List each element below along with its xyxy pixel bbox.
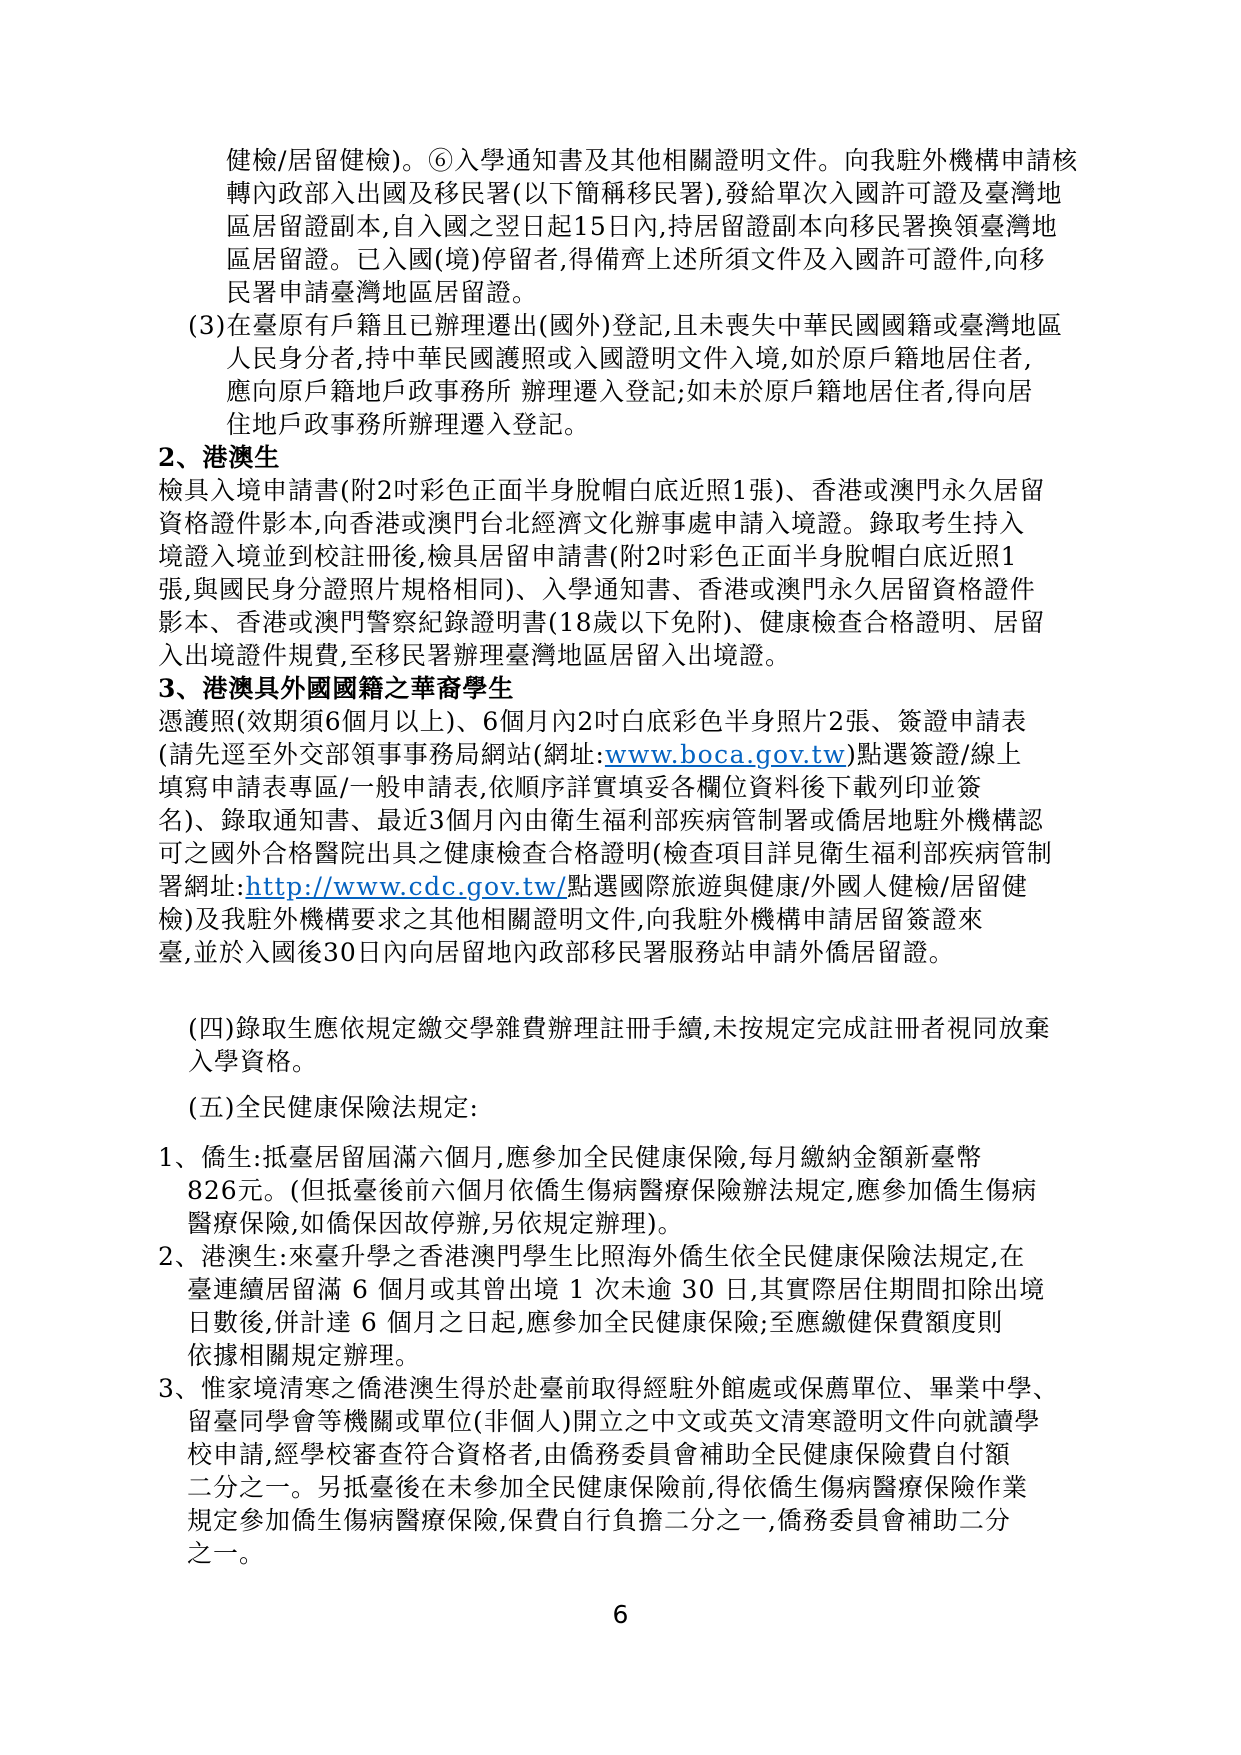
text-line: 資格證件影本,向香港或澳門台北經濟文化辦事處申請入境證。錄取考生持入 — [158, 507, 1121, 540]
text-line: 之一。 — [158, 1537, 1121, 1570]
document-page: 健檢/居留健檢)。⑥入學通知書及其他相關證明文件。向我駐外機構申請核 轉內政部入… — [0, 0, 1241, 1755]
text-line: 二分之一。另抵臺後在未參加全民健康保險前,得依僑生傷病醫療保險作業 — [158, 1471, 1121, 1504]
text-line: 入學資格。 — [158, 1045, 1121, 1078]
page-number: 6 — [0, 1598, 1241, 1631]
text-line: 2、港澳生:來臺升學之香港澳門學生比照海外僑生依全民健康保險法規定,在 — [158, 1240, 1121, 1273]
text-line: (3)在臺原有戶籍且已辦理遷出(國外)登記,且未喪失中華民國國籍或臺灣地區 — [158, 309, 1121, 342]
text-line: 名)、錄取通知書、最近3個月內由衛生福利部疾病管制署或僑居地駐外機構認 — [158, 804, 1121, 837]
text-line: 張,與國民身分證照片規格相同)、入學通知書、香港或澳門永久居留資格證件 — [158, 573, 1121, 606]
text-segment: (請先逕至外交部領事事務局網站(網址: — [158, 740, 605, 769]
text-line: 檢)及我駐外機構要求之其他相關證明文件,向我駐外機構申請居留簽證來 — [158, 903, 1121, 936]
text-line: 醫療保險,如僑保因故停辦,另依規定辦理)。 — [158, 1207, 1121, 1240]
text-line: 日數後,併計達 6 個月之日起,應參加全民健康保險;至應繳健保費額度則 — [158, 1306, 1121, 1339]
text-line: 1、僑生:抵臺居留屆滿六個月,應參加全民健康保險,每月繳納金額新臺幣 — [158, 1141, 1121, 1174]
section-heading-nhi-rules: (五)全民健康保險法規定: — [158, 1091, 1121, 1124]
text-line: 826元。(但抵臺後前六個月依僑生傷病醫療保險辦法規定,應參加僑生傷病 — [158, 1174, 1121, 1207]
text-line: 校申請,經學校審查符合資格者,由僑務委員會補助全民健康保險費自付額 — [158, 1438, 1121, 1471]
blank-space — [158, 969, 1121, 1012]
text-line: 臺,並於入國後30日內向居留地內政部移民署服務站申請外僑居留證。 — [158, 936, 1121, 969]
text-line: 檢具入境申請書(附2吋彩色正面半身脫帽白底近照1張)、香港或澳門永久居留 — [158, 474, 1121, 507]
text-line: 憑護照(效期須6個月以上)、6個月內2吋白底彩色半身照片2張、簽證申請表 — [158, 705, 1121, 738]
text-line: 健檢/居留健檢)。⑥入學通知書及其他相關證明文件。向我駐外機構申請核 — [158, 144, 1121, 177]
text-line: 依據相關規定辦理。 — [158, 1339, 1121, 1372]
text-line: 人民身分者,持中華民國護照或入國證明文件入境,如於原戶籍地居住者, — [158, 342, 1121, 375]
text-line: 入出境證件規費,至移民署辦理臺灣地區居留入出境證。 — [158, 639, 1121, 672]
text-line: 應向原戶籍地戶政事務所 辦理遷入登記;如未於原戶籍地居住者,得向居 — [158, 375, 1121, 408]
text-segment: 署網址: — [158, 872, 245, 901]
text-line-with-link: 署網址:http://www.cdc.gov.tw/點選國際旅遊與健康/外國人健… — [158, 870, 1121, 903]
text-line: 臺連續居留滿 6 個月或其曾出境 1 次未逾 30 日,其實際居住期間扣除出境 — [158, 1273, 1121, 1306]
text-line: 規定參加僑生傷病醫療保險,保費自行負擔二分之一,僑務委員會補助二分 — [158, 1504, 1121, 1537]
text-line: 可之國外合格醫院出具之健康檢查合格證明(檢查項目詳見衛生福利部疾病管制 — [158, 837, 1121, 870]
text-line: 轉內政部入出國及移民署(以下簡稱移民署),發給單次入國許可證及臺灣地 — [158, 177, 1121, 210]
document-body: 健檢/居留健檢)。⑥入學通知書及其他相關證明文件。向我駐外機構申請核 轉內政部入… — [158, 144, 1121, 1570]
text-line: (四)錄取生應依規定繳交學雜費辦理註冊手續,未按規定完成註冊者視同放棄 — [158, 1012, 1121, 1045]
text-segment: 點選國際旅遊與健康/外國人健檢/居留健 — [567, 872, 1028, 901]
cdc-gov-tw-link[interactable]: http://www.cdc.gov.tw/ — [245, 872, 567, 901]
text-line: 住地戶政事務所辦理遷入登記。 — [158, 408, 1121, 441]
text-line: 境證入境並到校註冊後,檢具居留申請書(附2吋彩色正面半身脫帽白底近照1 — [158, 540, 1121, 573]
text-line: 填寫申請表專區/一般申請表,依順序詳實填妥各欄位資料後下載列印並簽 — [158, 771, 1121, 804]
section-heading-foreign-nationality-students: 3、港澳具外國國籍之華裔學生 — [158, 672, 1121, 705]
text-line: 民署申請臺灣地區居留證。 — [158, 276, 1121, 309]
text-line: 3、惟家境清寒之僑港澳生得於赴臺前取得經駐外館處或保薦單位、畢業中學、 — [158, 1372, 1121, 1405]
text-line: 影本、香港或澳門警察紀錄證明書(18歲以下免附)、健康檢查合格證明、居留 — [158, 606, 1121, 639]
text-line-with-link: (請先逕至外交部領事事務局網站(網址:www.boca.gov.tw)點選簽證/… — [158, 738, 1121, 771]
text-segment: )點選簽證/線上 — [846, 740, 1022, 769]
text-line: 區居留證。已入國(境)停留者,得備齊上述所須文件及入國許可證件,向移 — [158, 243, 1121, 276]
text-line: 留臺同學會等機關或單位(非個人)開立之中文或英文清寒證明文件向就讀學 — [158, 1405, 1121, 1438]
text-line: 區居留證副本,自入國之翌日起15日內,持居留證副本向移民署換領臺灣地 — [158, 210, 1121, 243]
boca-gov-tw-link[interactable]: www.boca.gov.tw — [605, 740, 846, 769]
section-heading-hk-macau-students: 2、港澳生 — [158, 441, 1121, 474]
